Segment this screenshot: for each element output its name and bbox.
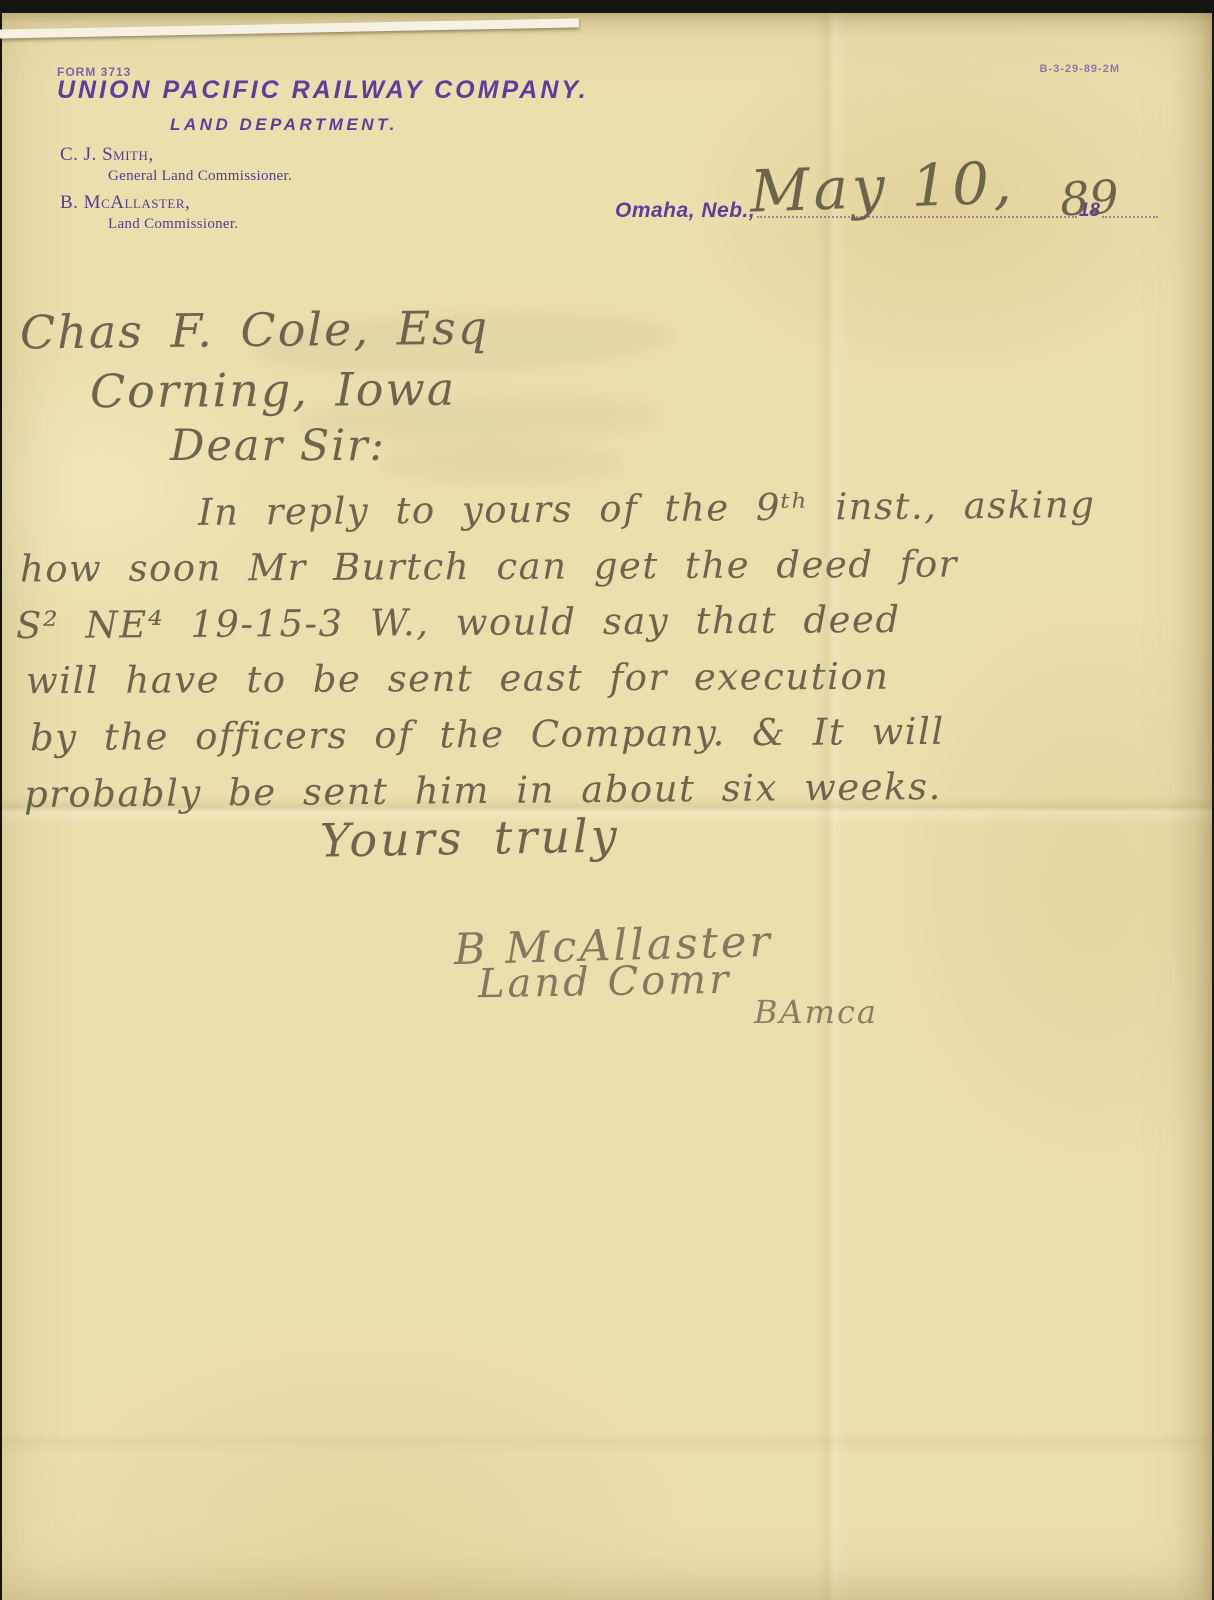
recipient-name: Chas F. Cole, Esq	[20, 301, 490, 360]
signature-initials: BAmca	[754, 993, 878, 1031]
official-title: General Land Commissioner.	[108, 168, 292, 185]
signature-title: Land Comr	[478, 957, 732, 1007]
company-name: UNION PACIFIC RAILWAY COMPANY.	[57, 76, 589, 105]
closing: Yours truly	[320, 808, 621, 867]
scanned-letter: FORM 3713 B-3-29-89-2M UNION PACIFIC RAI…	[0, 0, 1214, 1600]
official-name: B. McAllaster,	[60, 193, 292, 214]
official-title: Land Commissioner.	[108, 216, 292, 233]
dateline-place: Omaha, Neb.,	[615, 200, 755, 221]
body-line: In reply to yours of the 9ᵗʰ inst., aski…	[198, 483, 1096, 534]
recipient-city: Corning, Iowa	[90, 362, 457, 419]
department-name: LAND DEPARTMENT.	[170, 115, 398, 135]
body-line: S² NE⁴ 19-15-3 W., would say that deed	[16, 598, 901, 647]
body-line: how soon Mr Burtch can get the deed for	[20, 543, 958, 591]
handwritten-date: May 10,	[749, 148, 1017, 225]
body-line: by the officers of the Company. & It wil…	[30, 710, 945, 759]
ink-bleedthrough-smudge	[382, 443, 622, 483]
handwritten-year: 89	[1059, 170, 1120, 227]
print-code: B-3-29-89-2M	[1040, 63, 1120, 75]
letter-paper: FORM 3713 B-3-29-89-2M UNION PACIFIC RAI…	[2, 13, 1212, 1600]
official-name: C. J. Smith,	[60, 145, 292, 166]
body-line: probably be sent him in about six weeks.	[24, 765, 942, 816]
officials-block: C. J. Smith, General Land Commissioner. …	[60, 145, 292, 241]
body-line: will have to be sent east for execution	[26, 655, 890, 703]
salutation: Dear Sir:	[170, 421, 386, 471]
